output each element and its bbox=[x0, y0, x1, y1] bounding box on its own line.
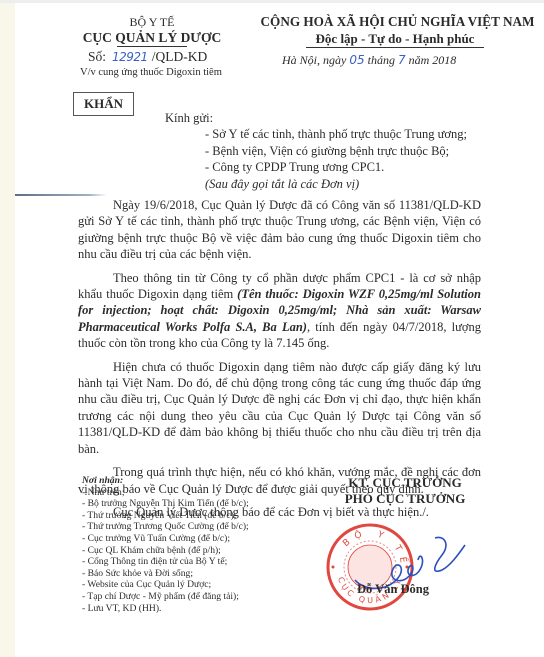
date-day-handwritten: 05 bbox=[349, 53, 364, 67]
signer-name: Đỗ Văn Đông bbox=[357, 582, 429, 597]
recipient-item: - Sở Y tế các tỉnh, thành phố trực thuộc… bbox=[205, 126, 467, 143]
recipient-item: - Công ty CPDP Trung ương CPC1. bbox=[205, 159, 467, 176]
paragraph-2: Theo thông tin từ Công ty cổ phần dược p… bbox=[78, 270, 481, 352]
paragraph-1: Ngày 19/6/2018, Cục Quản lý Dược đã có C… bbox=[78, 197, 481, 263]
document-subject: V/v cung ứng thuốc Digoxin tiêm bbox=[80, 67, 222, 78]
cc-item: - Thứ trưởng Trương Quốc Cường (để b/c); bbox=[82, 521, 249, 533]
scan-fold-mark bbox=[15, 194, 107, 196]
cc-item: - Như trên; bbox=[82, 487, 249, 499]
national-motto: Độc lập - Tự do - Hạnh phúc bbox=[300, 31, 490, 47]
document-number: Số:12921/QLD-KD bbox=[88, 49, 207, 65]
cc-list: Nơi nhận: - Như trên;- Bộ trưởng Nguyễn … bbox=[82, 475, 249, 614]
paper-edge-strip bbox=[0, 0, 15, 657]
cc-title: Nơi nhận: bbox=[82, 475, 249, 487]
date-month-handwritten: 7 bbox=[398, 53, 406, 67]
date-year: năm 2018 bbox=[409, 53, 457, 67]
ministry-name: BỘ Y TẾ bbox=[82, 15, 222, 30]
document-date: Hà Nội, ngày05tháng7năm 2018 bbox=[282, 53, 456, 68]
greeting: Kính gửi: bbox=[165, 111, 213, 126]
doc-no-suffix: /QLD-KD bbox=[152, 49, 208, 64]
doc-no-handwritten: 12921 bbox=[112, 50, 148, 64]
signer-title-1: KT. CỤC TRƯỞNG bbox=[335, 475, 475, 491]
motto-underline bbox=[306, 47, 484, 48]
cc-item: - Cục QL Khám chữa bệnh (để p/h); bbox=[82, 545, 249, 557]
date-prefix: Hà Nội, ngày bbox=[282, 53, 346, 67]
urgent-stamp: KHẨN bbox=[73, 92, 134, 116]
date-month-label: tháng bbox=[368, 53, 395, 67]
doc-no-label: Số: bbox=[88, 49, 106, 64]
cc-item: - Báo Sức khỏe và Đời sống; bbox=[82, 568, 249, 580]
cc-item: - Cổng Thông tin điện tử của Bộ Y tế; bbox=[82, 556, 249, 568]
paragraph-3: Hiện chưa có thuốc Digoxin dạng tiêm nào… bbox=[78, 359, 481, 457]
scan-top-edge bbox=[0, 0, 544, 3]
signer-title-2: PHÓ CỤC TRƯỞNG bbox=[330, 491, 480, 507]
cc-item: - Website của Cục Quản lý Dược; bbox=[82, 579, 249, 591]
cc-item: - Lưu VT, KD (HH). bbox=[82, 603, 249, 615]
recipient-item: - Bệnh viện, Viện có giường bệnh trực th… bbox=[205, 143, 467, 160]
cc-item: - Thứ trưởng Nguyễn Viết Tiến (để b/c); bbox=[82, 510, 249, 522]
cc-item: - Bộ trưởng Nguyễn Thị Kim Tiến (để b/c)… bbox=[82, 498, 249, 510]
cc-item: - Cục trưởng Vũ Tuấn Cường (để b/c); bbox=[82, 533, 249, 545]
department-underline bbox=[117, 46, 187, 47]
nation-title: CỘNG HOÀ XÃ HỘI CHỦ NGHĨA VIỆT NAM bbox=[255, 14, 540, 30]
recipients-note: (Sau đây gọi tắt là các Đơn vị) bbox=[205, 176, 467, 193]
department-name: CỤC QUẢN LÝ DƯỢC bbox=[62, 30, 242, 46]
cc-item: - Tạp chí Dược - Mỹ phẩm (để đăng tải); bbox=[82, 591, 249, 603]
recipient-list: - Sở Y tế các tỉnh, thành phố trực thuộc… bbox=[205, 126, 467, 192]
